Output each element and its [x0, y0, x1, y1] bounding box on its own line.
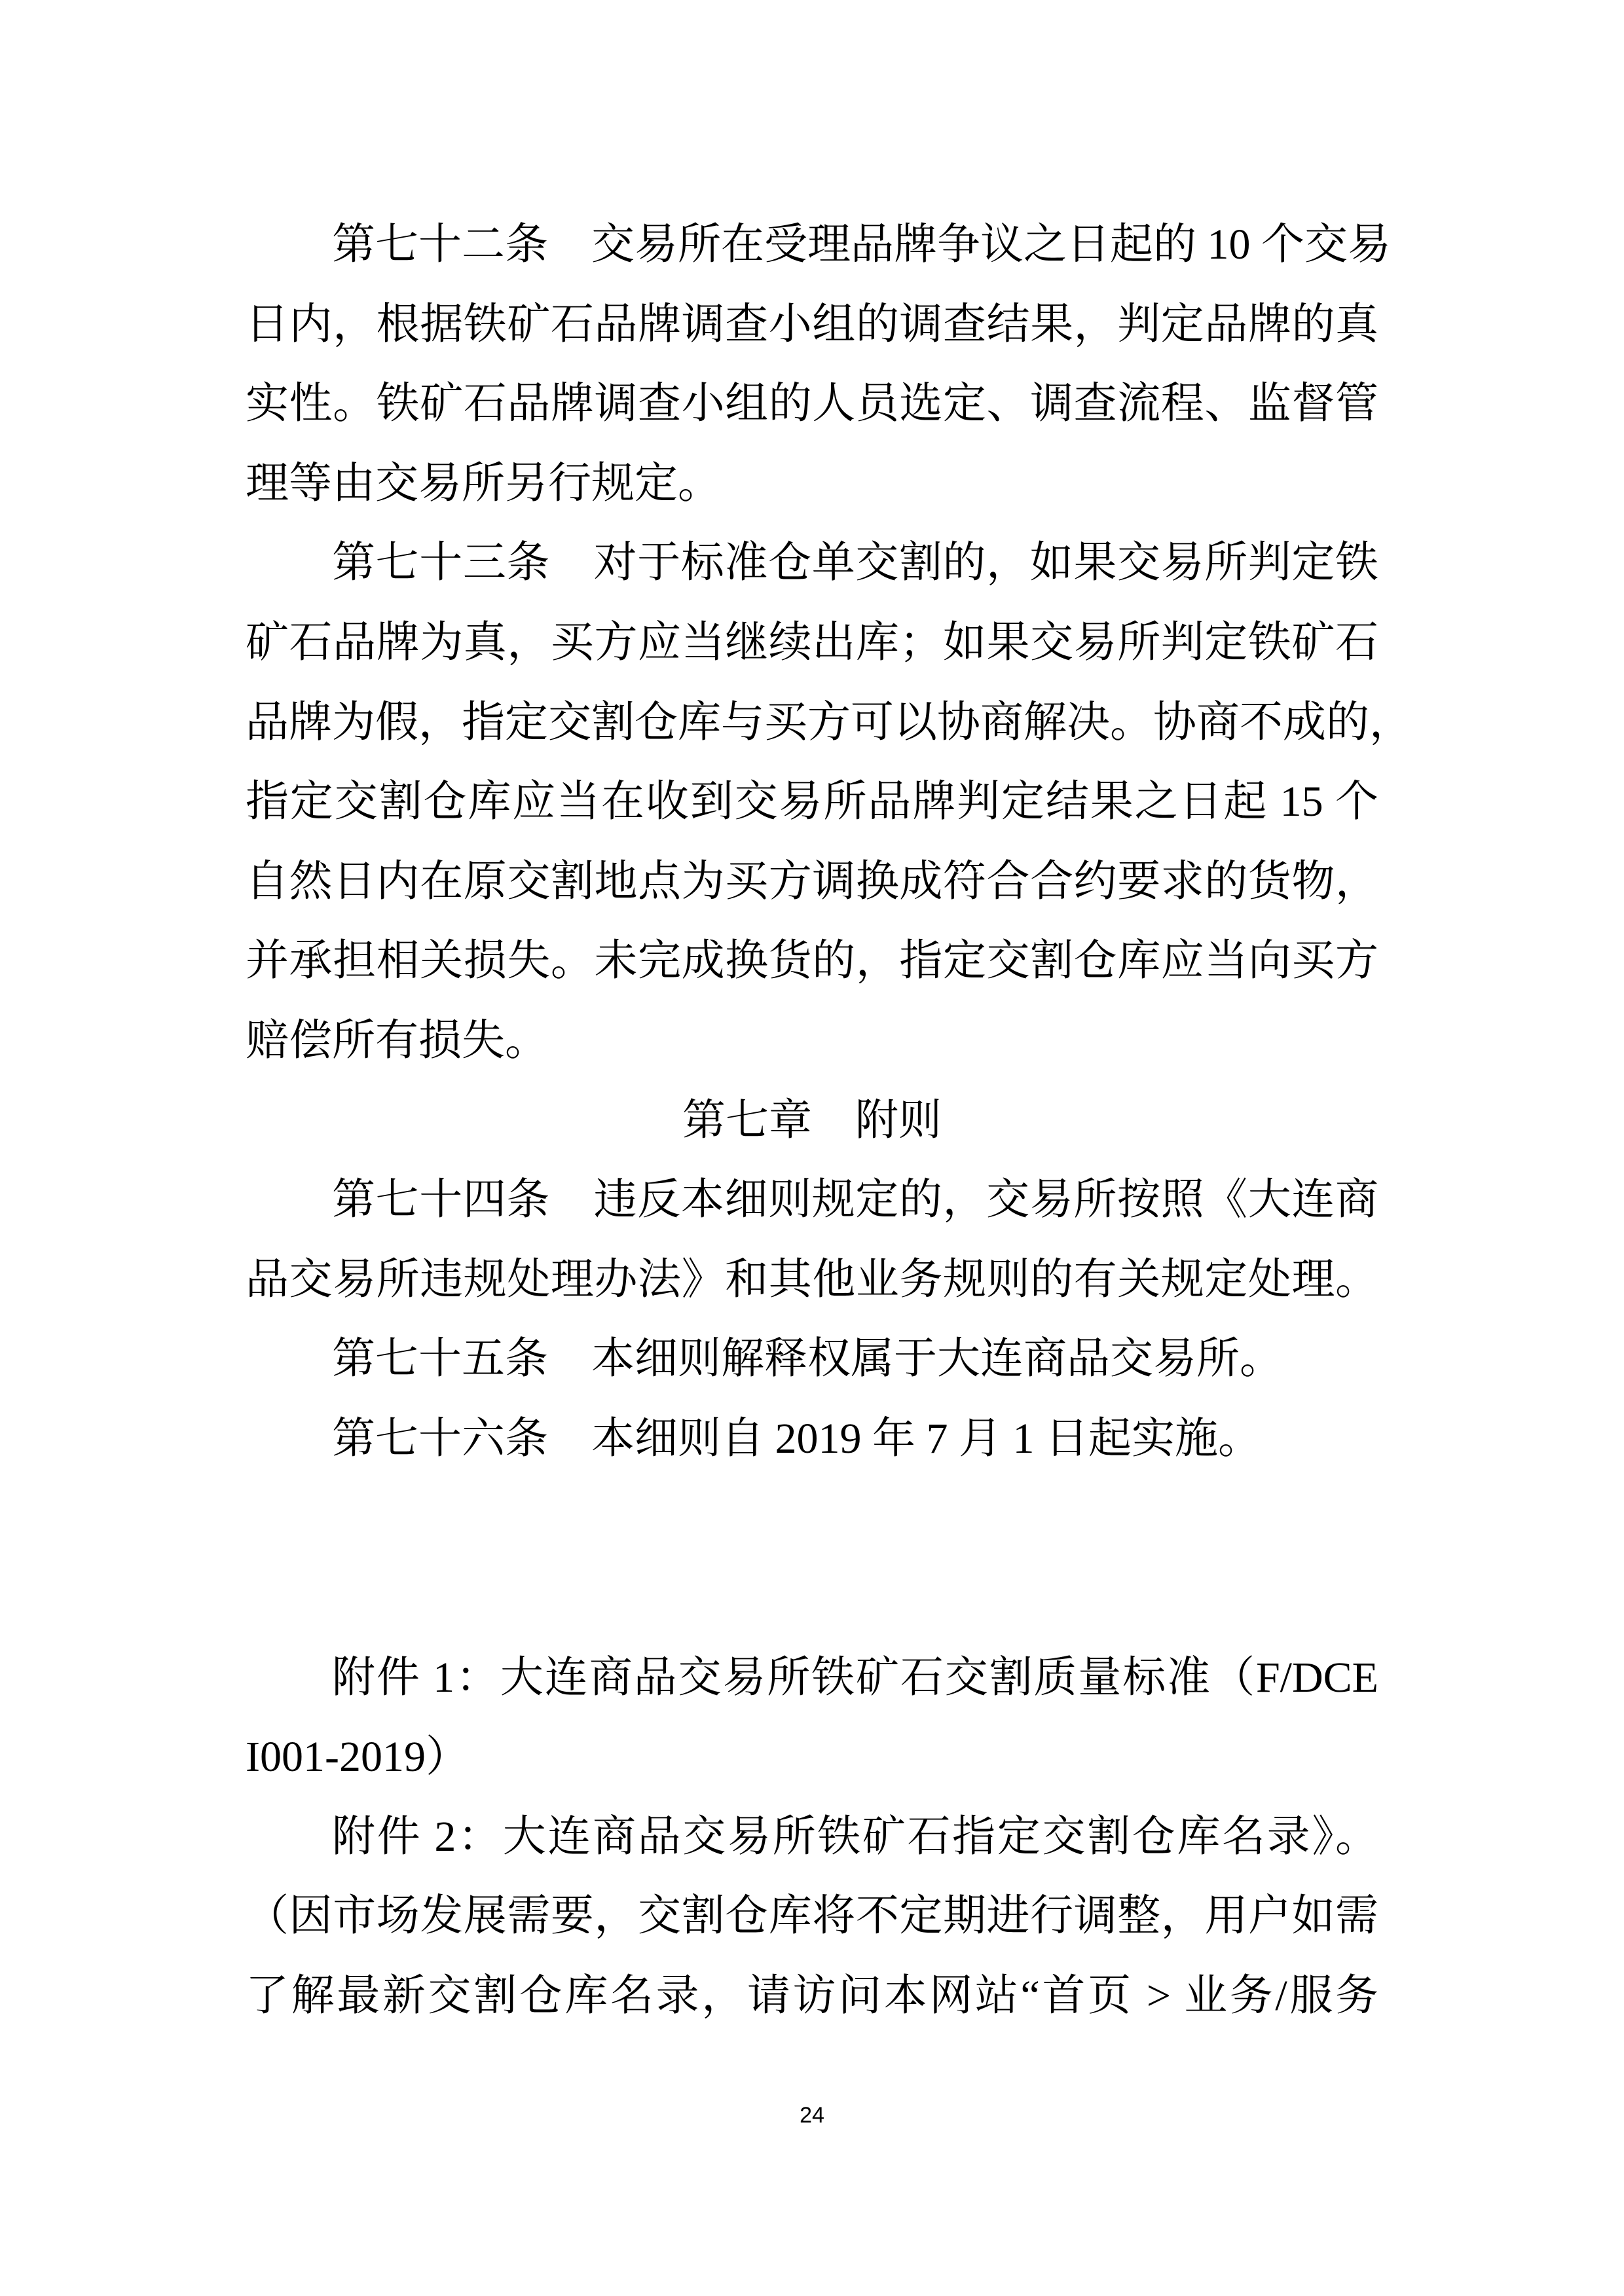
text-line: 第七十二条 交易所在受理品牌争议之日起的 10 个交易: [246, 205, 1378, 285]
text-line: 附件 1：大连商品交易所铁矿石交割质量标准（F/DCE: [246, 1638, 1378, 1718]
blank-line: [246, 1479, 1378, 1559]
text-line: （因市场发展需要，交割仓库将不定期进行调整，用户如需: [246, 1876, 1378, 1956]
blank-line: [246, 1558, 1378, 1638]
document-page: 第七十二条 交易所在受理品牌争议之日起的 10 个交易日内，根据铁矿石品牌调查小…: [0, 0, 1624, 2296]
page-number: 24: [0, 2100, 1624, 2130]
text-line: 第七十五条 本细则解释权属于大连商品交易所。: [246, 1319, 1378, 1399]
text-line: 理等由交易所另行规定。: [246, 444, 1378, 524]
text-line: 第七十四条 违反本细则规定的，交易所按照《大连商: [246, 1160, 1378, 1240]
text-line: 自然日内在原交割地点为买方调换成符合合约要求的货物，: [246, 842, 1378, 922]
text-line: 指定交割仓库应当在收到交易所品牌判定结果之日起 15 个: [246, 762, 1378, 842]
text-line: 第七十三条 对于标准仓单交割的，如果交易所判定铁: [246, 523, 1378, 603]
text-line: 附件 2：大连商品交易所铁矿石指定交割仓库名录》。: [246, 1797, 1378, 1877]
text-line: 矿石品牌为真，买方应当继续出库；如果交易所判定铁矿石: [246, 603, 1378, 683]
text-line: 品交易所违规处理办法》和其他业务规则的有关规定处理。: [246, 1240, 1378, 1320]
text-line: 品牌为假，指定交割仓库与买方可以协商解决。协商不成的，: [246, 683, 1378, 763]
text-line: I001-2019）: [246, 1717, 1378, 1797]
text-line: 了解最新交割仓库名录，请访问本网站“首页 > 业务/服务: [246, 1956, 1378, 2036]
chapter-heading: 第七章 附则: [246, 1081, 1378, 1161]
text-line: 并承担相关损失。未完成换货的，指定交割仓库应当向买方: [246, 921, 1378, 1001]
text-line: 第七十六条 本细则自 2019 年 7 月 1 日起实施。: [246, 1399, 1378, 1479]
document-body: 第七十二条 交易所在受理品牌争议之日起的 10 个交易日内，根据铁矿石品牌调查小…: [246, 205, 1378, 2036]
text-line: 日内，根据铁矿石品牌调查小组的调查结果，判定品牌的真: [246, 285, 1378, 365]
text-line: 赔偿所有损失。: [246, 1001, 1378, 1081]
text-line: 实性。铁矿石品牌调查小组的人员选定、调查流程、监督管: [246, 364, 1378, 444]
